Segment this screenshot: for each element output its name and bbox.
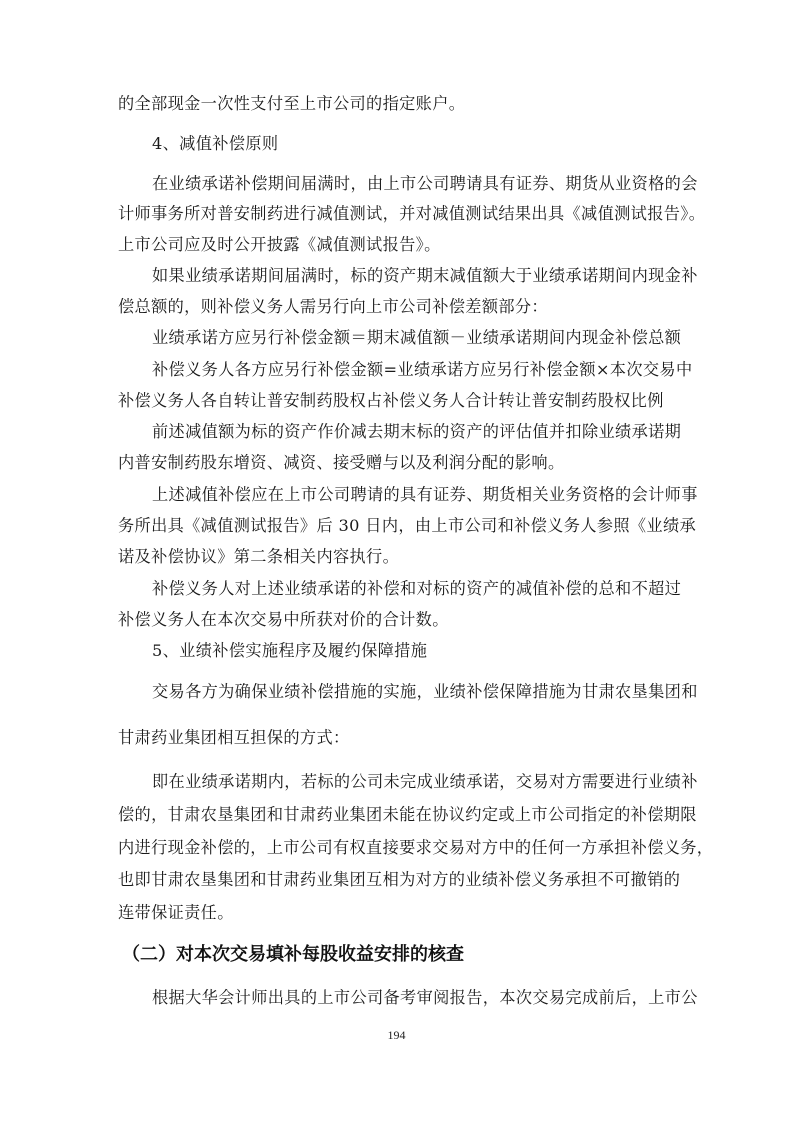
paragraph-line: 前述减值额为标的资产作价减去期末标的资产的评估值并扣除业绩承诺期 (152, 422, 681, 442)
paragraph-line: 务所出具《减值测试报告》后 30 日内，由上市公司和补偿义务人参照《业绩承 (118, 516, 696, 536)
paragraph-line: 甘肃药业集团相互担保的方式： (118, 728, 350, 748)
paragraph-line: 在业绩承诺补偿期间届满时，由上市公司聘请具有证券、期货从业资格的会 (152, 174, 698, 194)
formula-line: 补偿义务人各自转让普安制药股权占补偿义务人合计转让普安制药股权比例 (118, 391, 664, 411)
paragraph-line: 上述减值补偿应在上市公司聘请的具有证券、期货相关业务资格的会计师事 (152, 485, 698, 505)
formula-line: 业绩承诺方应另行补偿金额＝期末减值额－业绩承诺期间内现金补偿总额 (152, 328, 681, 348)
paragraph-line: 连带保证责任。 (118, 903, 234, 923)
page-number: 194 (0, 1028, 793, 1043)
paragraph-line: 内普安制药股东增资、减资、接受赠与以及利润分配的影响。 (118, 453, 565, 473)
paragraph-line: 计师事务所对普安制药进行减值测试，并对减值测试结果出具《减值测试报告》。 (118, 204, 705, 224)
subsection-title: 5、业绩补偿实施程序及履约保障措施 (152, 641, 427, 661)
paragraph-line: 根据大华会计师出具的上市公司备考审阅报告，本次交易完成前后，上市公 (152, 988, 698, 1008)
section-heading: （二）对本次交易填补每股收益安排的核查 (122, 944, 464, 966)
subsection-title: 4、减值补偿原则 (152, 134, 278, 154)
formula-line: 补偿义务人各方应另行补偿金额=业绩承诺方应另行补偿金额×本次交易中 (152, 360, 693, 380)
paragraph-line: 交易各方为确保业绩补偿措施的实施，业绩补偿保障措施为甘肃农垦集团和 (152, 682, 698, 702)
paragraph-line: 补偿义务人对上述业绩承诺的补偿和对标的资产的减值补偿的总和不超过 (152, 579, 681, 599)
paragraph-line: 也即甘肃农垦集团和甘肃药业集团互相为对方的业绩补偿义务承担不可撤销的 (118, 870, 680, 890)
paragraph-line: 偿总额的，则补偿义务人需另行向上市公司补偿差额部分： (118, 297, 548, 317)
paragraph-line: 内进行现金补偿的，上市公司有权直接要求交易对方中的任何一方承担补偿义务， (118, 838, 713, 858)
paragraph-line: 的全部现金一次性支付至上市公司的指定账户。 (118, 94, 465, 114)
paragraph-line: 诺及补偿协议》第二条相关内容执行。 (118, 547, 399, 567)
paragraph-line: 如果业绩承诺期间届满时，标的资产期末减值额大于业绩承诺期间内现金补 (152, 266, 698, 286)
paragraph-line: 补偿义务人在本次交易中所获对价的合计数。 (118, 610, 449, 630)
paragraph-line: 偿的，甘肃农垦集团和甘肃药业集团未能在协议约定或上市公司指定的补偿期限 (118, 805, 697, 825)
paragraph-line: 上市公司应及时公开披露《减值测试报告》。 (118, 235, 441, 255)
paragraph-line: 即在业绩承诺期内，若标的公司未完成业绩承诺，交易对方需要进行业绩补 (152, 772, 698, 792)
